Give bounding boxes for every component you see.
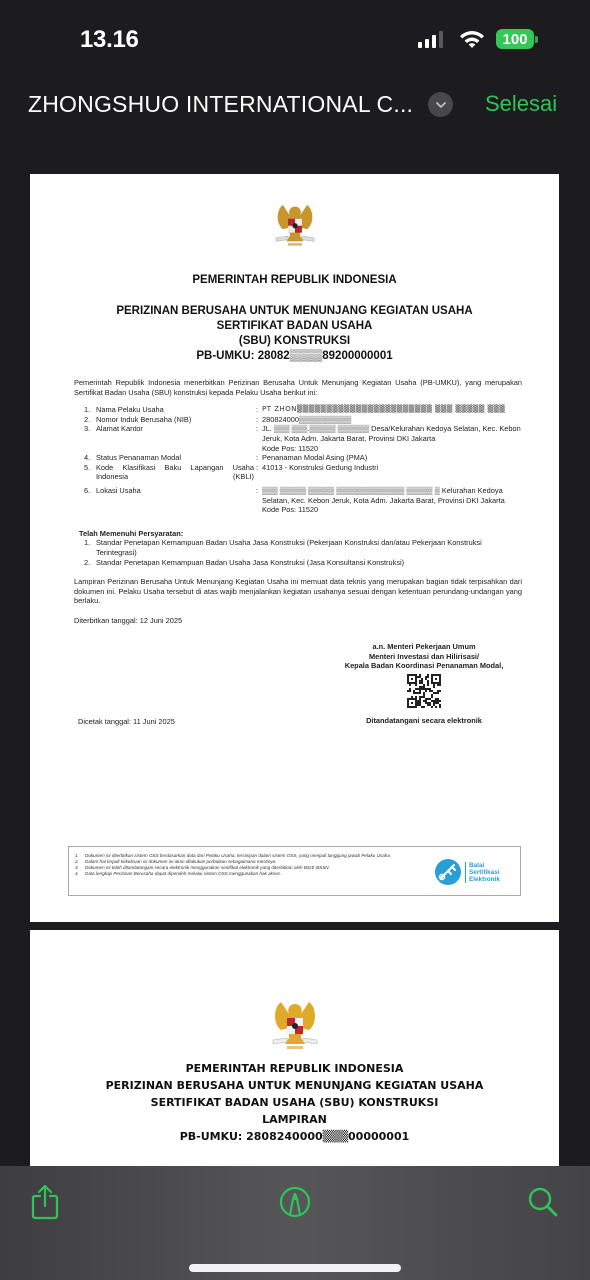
done-button[interactable]: Selesai [485, 91, 557, 117]
requirement-item: 1. Standar Penetapan Kemampuan Badan Usa… [84, 538, 522, 557]
nib-value: 280824000▒▒▒▒▒▒▒▒▒▒ [262, 415, 522, 425]
footer-notes: 1.Dokumen ini diterbitkan sistem OSS ber… [73, 853, 434, 891]
wifi-icon [458, 28, 486, 50]
home-indicator[interactable] [189, 1264, 401, 1272]
heading-line: PEMERINTAH REPUBLIK INDONESIA [30, 1060, 559, 1077]
footer-note: 4.Data lengkap Perizinan Berusaha dapat … [73, 871, 434, 877]
bsre-logo: Balai Sertifikasi Elektronik [434, 853, 514, 891]
field-row: 5. Kode Klasifikasi Baku Lapangan Usaha … [74, 463, 522, 482]
certificate-body: Pemerintah Republik Indonesia menerbitka… [74, 378, 522, 625]
battery-level: 100 [496, 29, 534, 49]
clock: 13.16 [80, 26, 139, 54]
field-row: 1. Nama Pelaku Usaha : PT ZHON▒▒▒▒▒▒▒▒▒▒… [74, 405, 522, 415]
status-bar: 13.16 100 [0, 0, 590, 80]
field-row: 2. Nomor Induk Berusaha (NIB) : 28082400… [74, 415, 522, 425]
bottom-toolbar [0, 1166, 590, 1280]
field-label: Kode Klasifikasi Baku Lapangan Usaha Ind… [96, 463, 256, 482]
kbli-value: 41013 - Konstruksi Gedung Industri [262, 463, 522, 482]
title-line: SERTIFIKAT BADAN USAHA [30, 319, 559, 334]
closing-paragraph: Lampiran Perizinan Berusaha Untuk Menunj… [74, 577, 522, 606]
heading-line: SERTIFIKAT BADAN USAHA (SBU) KONSTRUKSI [30, 1094, 559, 1111]
document-page-1[interactable]: PEMERINTAH REPUBLIK INDONESIA PERIZINAN … [30, 174, 559, 922]
chevron-down-icon[interactable] [428, 92, 453, 117]
pb-umku-number: PB-UMKU: 28082▒▒▒▒89200000001 [30, 349, 559, 364]
document-page-2[interactable]: PEMERINTAH REPUBLIK INDONESIA PERIZINAN … [30, 930, 559, 1170]
issued-date: Diterbitkan tanggal: 12 Juni 2025 [74, 616, 522, 626]
business-location-value: ▒▒▒ ▒▒▒▒▒ ▒▒▒▒▒ ▒▒▒▒▒▒▒▒▒▒▒▒▒ ▒▒▒▒▒ ▒ Ke… [262, 486, 522, 515]
business-name-value: PT ZHON▒▒▒▒▒▒▒▒▒▒▒▒▒▒▒▒▒▒▒▒▒▒▒ ▒▒▒ ▒▒▒▒▒… [262, 405, 522, 415]
requirements-title: Telah Memenuhi Persyaratan: [74, 529, 522, 539]
bsre-logo-text: Balai Sertifikasi Elektronik [465, 862, 500, 883]
title-line: PERIZINAN BERUSAHA UNTUK MENUNJANG KEGIA… [30, 304, 559, 319]
battery-icon: 100 [496, 29, 538, 49]
signatory-line: a.n. Menteri Pekerjaan Umum [339, 642, 509, 652]
field-label: Alamat Kantor [96, 424, 256, 453]
business-fields: 1. Nama Pelaku Usaha : PT ZHON▒▒▒▒▒▒▒▒▒▒… [74, 405, 522, 515]
investment-status-value: Penanaman Modal Asing (PMA) [262, 453, 522, 463]
lampiran-heading: PEMERINTAH REPUBLIK INDONESIA PERIZINAN … [30, 1060, 559, 1145]
field-row: 6. Lokasi Usaha : ▒▒▒ ▒▒▒▒▒ ▒▒▒▒▒ ▒▒▒▒▒▒… [74, 486, 522, 515]
share-button[interactable] [28, 1184, 62, 1220]
field-label: Lokasi Usaha [96, 486, 256, 515]
field-row: 3. Alamat Kantor : JL. ▒▒▒ ▒▒▒.▒▒▒▒▒ ▒▒▒… [74, 424, 522, 453]
field-label: Status Penanaman Modal [96, 453, 256, 463]
bsre-key-icon [434, 858, 462, 886]
signatory-line: Kepala Badan Koordinasi Penanaman Modal, [339, 661, 509, 671]
garuda-emblem-icon [269, 198, 321, 250]
footer-notes-box: 1.Dokumen ini diterbitkan sistem OSS ber… [68, 846, 521, 896]
qr-code-icon [407, 674, 441, 708]
heading-line: LAMPIRAN [30, 1111, 559, 1128]
cellular-signal-icon [418, 30, 443, 48]
field-row: 4. Status Penanaman Modal : Penanaman Mo… [74, 453, 522, 463]
heading-line: PERIZINAN BERUSAHA UNTUK MENUNJANG KEGIA… [30, 1077, 559, 1094]
certificate-title: PERIZINAN BERUSAHA UNTUK MENUNJANG KEGIA… [30, 304, 559, 364]
pb-umku-number: PB-UMKU: 2808240000▒▒▒00000001 [30, 1128, 559, 1145]
search-button[interactable] [526, 1184, 560, 1220]
title-line: (SBU) KONSTRUKSI [30, 334, 559, 349]
signature-block: a.n. Menteri Pekerjaan Umum Menteri Inve… [339, 642, 509, 726]
field-label: Nama Pelaku Usaha [96, 405, 256, 415]
document-title[interactable]: ZHONGSHUO INTERNATIONAL C... [28, 91, 413, 118]
markup-pen-icon [278, 1185, 312, 1219]
field-label: Nomor Induk Berusaha (NIB) [96, 415, 256, 425]
government-heading: PEMERINTAH REPUBLIK INDONESIA [30, 274, 559, 286]
garuda-emblem-icon [265, 994, 325, 1054]
search-icon [527, 1186, 559, 1218]
intro-paragraph: Pemerintah Republik Indonesia menerbitka… [74, 378, 522, 397]
document-nav-bar: ZHONGSHUO INTERNATIONAL C... Selesai [0, 80, 590, 130]
share-icon [30, 1184, 60, 1220]
office-address-value: JL. ▒▒▒ ▒▒▒.▒▒▒▒▒ ▒▒▒▒▒▒ Desa/Kelurahan … [262, 424, 522, 453]
markup-button[interactable] [278, 1184, 312, 1220]
requirement-item: 2. Standar Penetapan Kemampuan Badan Usa… [84, 558, 522, 568]
printed-date: Dicetak tanggal: 11 Juni 2025 [78, 717, 175, 726]
requirements-list: 1. Standar Penetapan Kemampuan Badan Usa… [74, 538, 522, 567]
signatory-line: Menteri Investasi dan Hilirisasi/ [339, 652, 509, 662]
electronic-signature-note: Ditandatangani secara elektronik [339, 716, 509, 726]
